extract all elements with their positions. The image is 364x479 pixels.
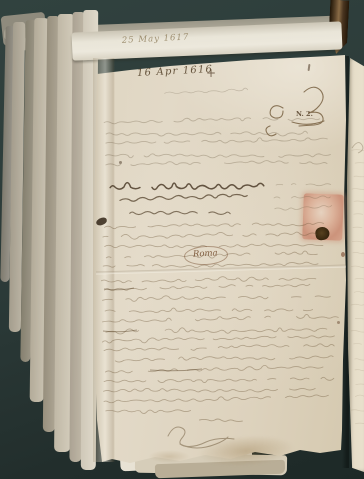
paper-speck bbox=[337, 321, 340, 324]
cross-mark: + bbox=[206, 66, 216, 80]
seal-ink-blob bbox=[314, 226, 330, 241]
archival-manuscript-photo: 25 May 1617 16 Apr 1616 + N. 2. Roma bbox=[0, 0, 364, 479]
facing-page-curl bbox=[349, 134, 364, 156]
wax-seal-remnant bbox=[302, 193, 344, 240]
signature-flourish bbox=[150, 418, 250, 454]
facing-page-edge bbox=[347, 58, 364, 472]
circled-word: Roma bbox=[193, 248, 218, 259]
page-fold-highlight bbox=[93, 58, 115, 462]
paper-speck bbox=[341, 252, 345, 257]
paper-speck bbox=[119, 161, 122, 164]
flourish-initial-icon bbox=[262, 78, 342, 146]
archival-date-annotation: 25 May 1617 bbox=[122, 32, 190, 45]
